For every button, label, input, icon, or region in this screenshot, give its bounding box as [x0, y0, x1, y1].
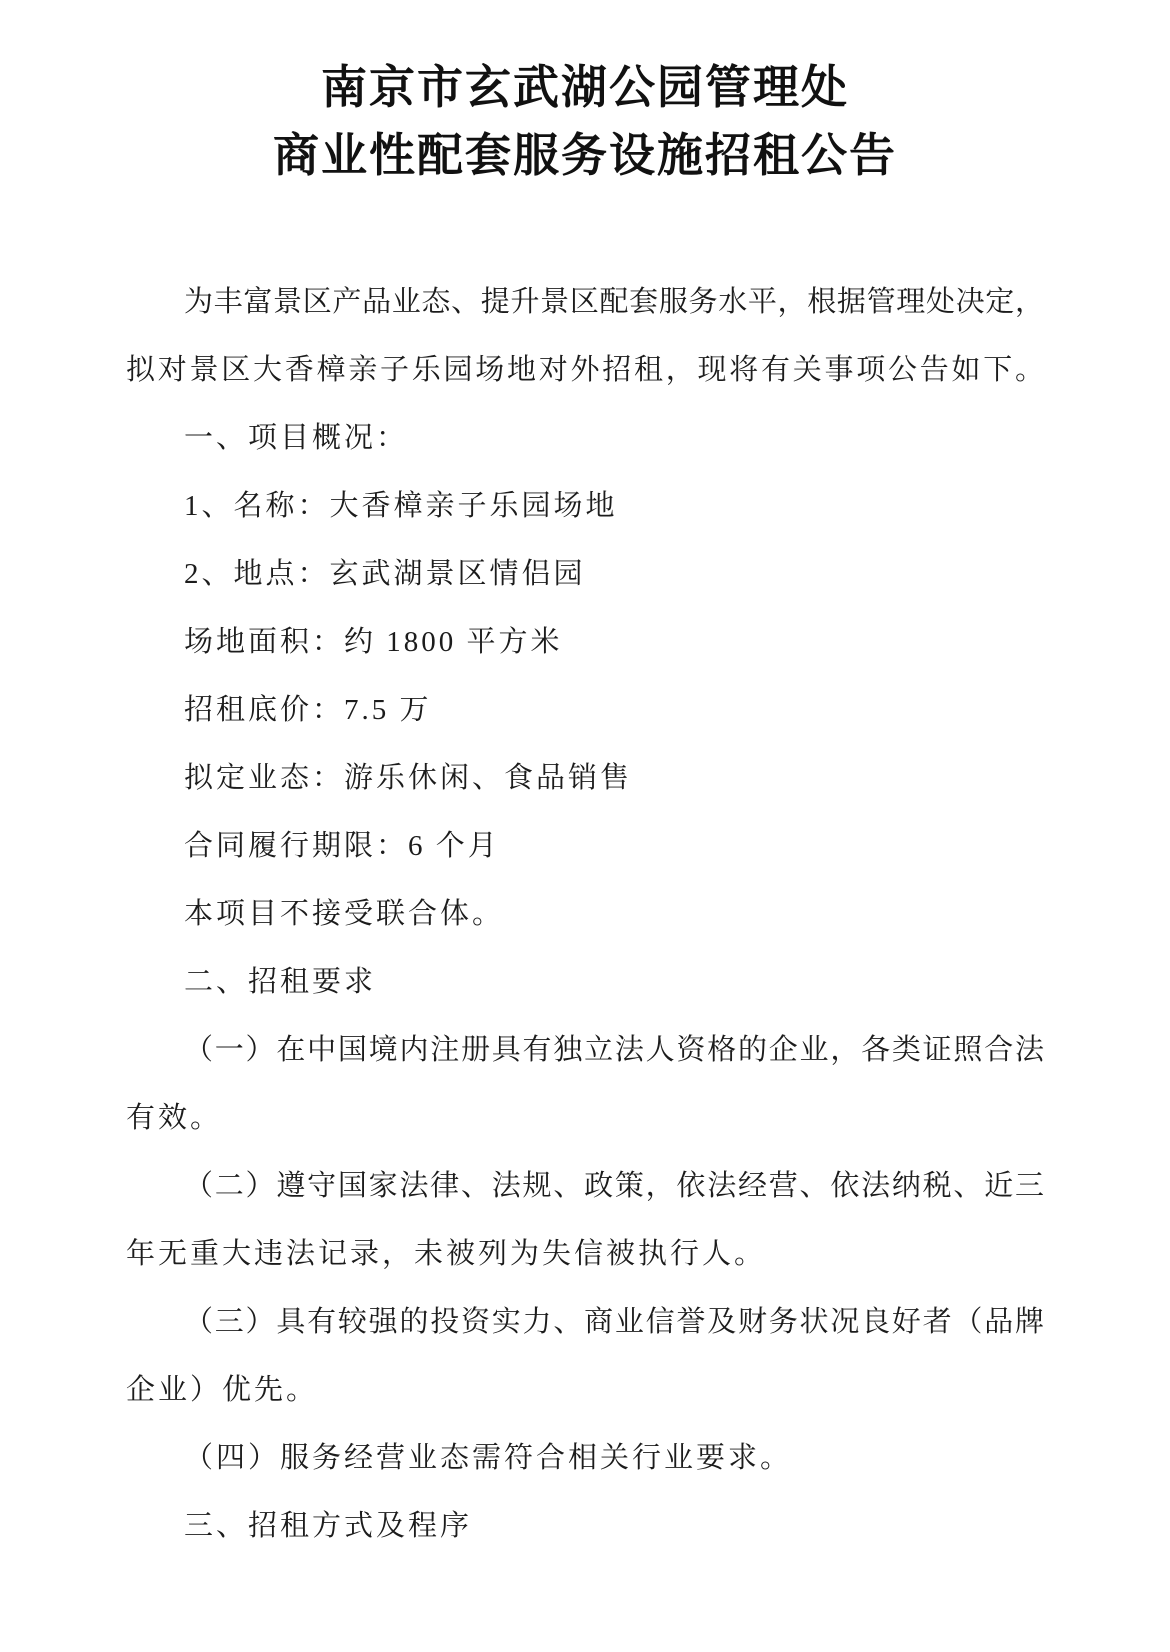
- doc-line: （三）具有较强的投资实力、商业信誉及财务状况良好者（品牌: [126, 1288, 1044, 1356]
- doc-line: 为丰富景区产品业态、提升景区配套服务水平，根据管理处决定，: [126, 268, 1044, 336]
- title-line-2: 商业性配套服务设施招租公告: [126, 122, 1044, 190]
- doc-line: （四）服务经营业态需符合相关行业要求。: [126, 1424, 1044, 1492]
- doc-line: 拟定业态：游乐休闲、食品销售: [126, 744, 1044, 812]
- doc-line: 拟对景区大香樟亲子乐园场地对外招租，现将有关事项公告如下。: [126, 336, 1044, 404]
- doc-line: 招租底价：7.5 万: [126, 676, 1044, 744]
- doc-line: 场地面积：约 1800 平方米: [126, 608, 1044, 676]
- doc-line-section-2: 二、招租要求: [126, 948, 1044, 1016]
- doc-line: 企业）优先。: [126, 1356, 1044, 1424]
- doc-line: （一）在中国境内注册具有独立法人资格的企业，各类证照合法: [126, 1016, 1044, 1084]
- doc-line: （二）遵守国家法律、法规、政策，依法经营、依法纳税、近三: [126, 1152, 1044, 1220]
- doc-line: 年无重大违法记录，未被列为失信被执行人。: [126, 1220, 1044, 1288]
- doc-line: 2、地点：玄武湖景区情侣园: [126, 540, 1044, 608]
- doc-line: 本项目不接受联合体。: [126, 880, 1044, 948]
- document-title: 南京市玄武湖公园管理处 商业性配套服务设施招租公告: [126, 0, 1044, 190]
- doc-line: 1、名称：大香樟亲子乐园场地: [126, 472, 1044, 540]
- title-line-1: 南京市玄武湖公园管理处: [126, 54, 1044, 122]
- doc-line-section-3: 三、招租方式及程序: [126, 1492, 1044, 1560]
- doc-line-section-1: 一、项目概况：: [126, 404, 1044, 472]
- document-body: 为丰富景区产品业态、提升景区配套服务水平，根据管理处决定， 拟对景区大香樟亲子乐…: [126, 268, 1044, 1560]
- doc-line: 合同履行期限：6 个月: [126, 812, 1044, 880]
- doc-line: 有效。: [126, 1084, 1044, 1152]
- document-page: 南京市玄武湖公园管理处 商业性配套服务设施招租公告 为丰富景区产品业态、提升景区…: [0, 0, 1170, 1652]
